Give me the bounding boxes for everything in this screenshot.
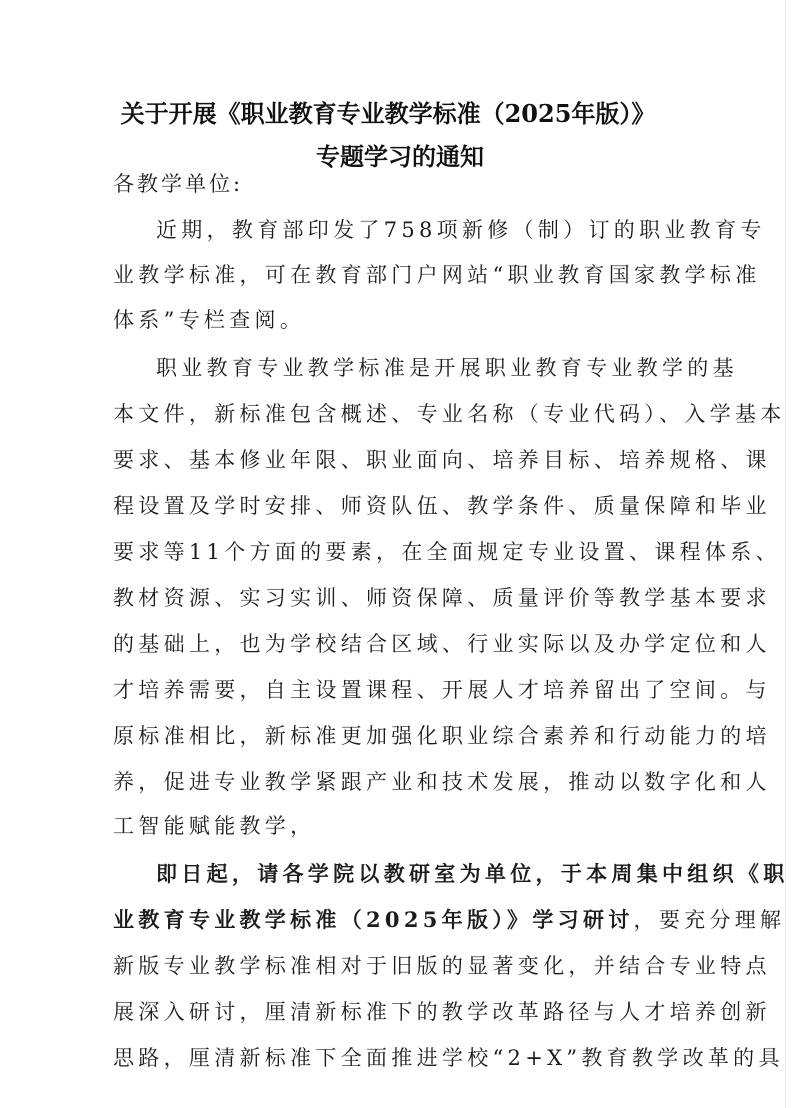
paragraph-2-line: 教材资源、实习实训、师资保障、质量评价等教学基本要求	[113, 584, 673, 612]
paragraph-3-mixed-line: 业教育专业教学标准（2025年版）》学习研讨，要充分理解	[113, 906, 673, 934]
paragraph-3-line: 展深入研讨，厘清新标准下的教学改革路径与人才培养创新	[113, 998, 673, 1026]
paragraph-3-line: 思路，厘清新标准下全面推进学校“2+X”教育教学改革的具	[113, 1044, 673, 1072]
paragraph-2-line: 养，促进专业教学紧跟产业和技术发展，推动以数字化和人	[113, 768, 673, 796]
scan-edge-line	[785, 0, 786, 1108]
salutation: 各教学单位:	[113, 170, 673, 198]
paragraph-2-line: 原标准相比，新标准更加强化职业综合素养和行动能力的培	[113, 722, 673, 750]
regular-text: ，要充分理解	[634, 908, 786, 932]
paragraph-1-line: 近期，教育部印发了758项新修（制）订的职业教育专	[156, 216, 716, 244]
paragraph-1-line: 体系”专栏查阅。	[113, 306, 673, 334]
paragraph-3-line: 新版专业教学标准相对于旧版的显著变化，并结合专业特点	[113, 952, 673, 980]
paragraph-2-line: 职业教育专业教学标准是开展职业教育专业教学的基	[156, 354, 716, 382]
paragraph-2-line: 要求、基本修业年限、职业面向、培养目标、培养规格、课	[113, 446, 673, 474]
document-title-line-2: 专题学习的通知	[100, 137, 700, 172]
document-page: 关于开展《职业教育专业教学标准（2025年版）》 专题学习的通知 各教学单位: …	[0, 0, 794, 1108]
paragraph-2-line: 才培养需要，自主设置课程、开展人才培养留出了空间。与	[113, 676, 673, 704]
paragraph-3-bold-line: 即日起，请各学院以教研室为单位，于本周集中组织《职	[156, 860, 716, 888]
bold-text: 业教育专业教学标准（2025年版）》学习研讨	[113, 907, 634, 932]
paragraph-1-line: 业教学标准，可在教育部门户网站“职业教育国家教学标准	[113, 261, 673, 289]
bold-text: 即日起，请各学院以教研室为单位，于本周集中组织《职	[156, 861, 789, 886]
document-title-line-1: 关于开展《职业教育专业教学标准（2025年版）》	[108, 94, 668, 129]
paragraph-2-line: 工智能赋能教学，	[113, 812, 673, 840]
paragraph-2-line: 本文件，新标准包含概述、专业名称（专业代码）、入学基本	[113, 400, 673, 428]
paragraph-2-line: 的基础上，也为学校结合区域、行业实际以及办学定位和人	[113, 630, 673, 658]
paragraph-2-line: 要求等11个方面的要素，在全面规定专业设置、课程体系、	[113, 538, 673, 566]
paragraph-2-line: 程设置及学时安排、师资队伍、教学条件、质量保障和毕业	[113, 492, 673, 520]
